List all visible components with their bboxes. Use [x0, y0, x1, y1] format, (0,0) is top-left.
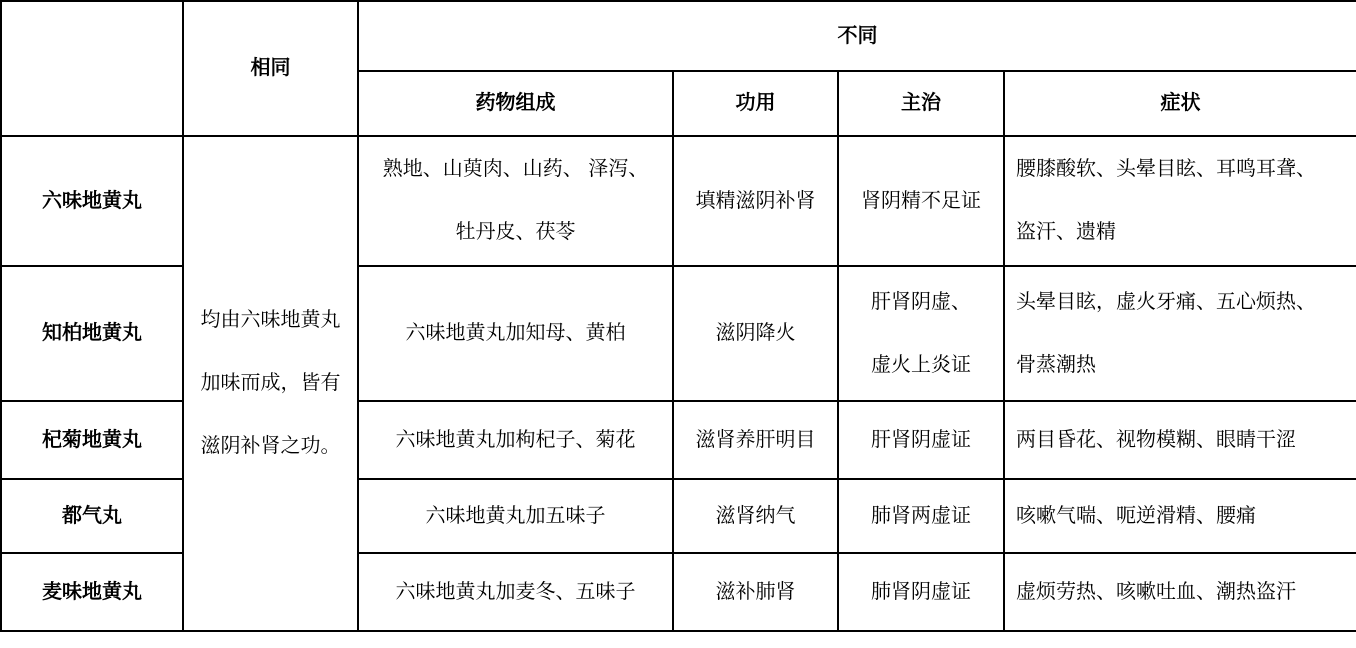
- diff-header-cell: 不同: [358, 1, 1356, 71]
- row-name-cell: 六味地黄丸: [1, 136, 183, 266]
- composition-cell: 六味地黄丸加知母、黄柏: [358, 266, 673, 401]
- table-row-liuwei: 六味地黄丸 均由六味地黄丸 加味而成，皆有 滋阴补肾之功。 熟地、山萸肉、山药、…: [1, 136, 1356, 266]
- composition-cell: 熟地、山萸肉、山药、 泽泻、 牡丹皮、茯苓: [358, 136, 673, 266]
- composition-cell: 六味地黄丸加五味子: [358, 479, 673, 553]
- comparison-table: 相同 不同 药物组成 功用 主治 症状 六味地黄丸 均由六味地黄丸 加味而成，皆…: [0, 0, 1356, 632]
- page: 相同 不同 药物组成 功用 主治 症状 六味地黄丸 均由六味地黄丸 加味而成，皆…: [0, 0, 1356, 648]
- header-row-top: 相同 不同: [1, 1, 1356, 71]
- row-name-cell: 都气丸: [1, 479, 183, 553]
- row-name-cell: 杞菊地黄丸: [1, 401, 183, 479]
- indication-cell: 肺肾两虚证: [838, 479, 1004, 553]
- indication-cell: 肺肾阴虚证: [838, 553, 1004, 631]
- indication-cell: 肝肾阴虚证: [838, 401, 1004, 479]
- subheader-composition: 药物组成: [358, 71, 673, 136]
- symptoms-cell: 虚烦劳热、咳嗽吐血、潮热盗汗: [1004, 553, 1356, 631]
- symptoms-cell: 咳嗽气喘、呃逆滑精、腰痛: [1004, 479, 1356, 553]
- function-cell: 滋补肺肾: [673, 553, 838, 631]
- same-header-cell: 相同: [183, 1, 358, 136]
- same-text-cell: 均由六味地黄丸 加味而成，皆有 滋阴补肾之功。: [183, 136, 358, 631]
- symptoms-cell: 腰膝酸软、头晕目眩、耳鸣耳聋、 盗汗、遗精: [1004, 136, 1356, 266]
- row-name-cell: 知柏地黄丸: [1, 266, 183, 401]
- function-cell: 滋肾纳气: [673, 479, 838, 553]
- row-name-cell: 麦味地黄丸: [1, 553, 183, 631]
- composition-cell: 六味地黄丸加麦冬、五味子: [358, 553, 673, 631]
- subheader-indication: 主治: [838, 71, 1004, 136]
- composition-cell: 六味地黄丸加枸杞子、菊花: [358, 401, 673, 479]
- function-cell: 滋阴降火: [673, 266, 838, 401]
- indication-cell: 肾阴精不足证: [838, 136, 1004, 266]
- symptoms-cell: 头晕目眩，虚火牙痛、五心烦热、 骨蒸潮热: [1004, 266, 1356, 401]
- indication-cell: 肝肾阴虚、 虚火上炎证: [838, 266, 1004, 401]
- symptoms-cell: 两目昏花、视物模糊、眼睛干涩: [1004, 401, 1356, 479]
- subheader-function: 功用: [673, 71, 838, 136]
- function-cell: 滋肾养肝明目: [673, 401, 838, 479]
- corner-cell: [1, 1, 183, 136]
- subheader-symptoms: 症状: [1004, 71, 1356, 136]
- function-cell: 填精滋阴补肾: [673, 136, 838, 266]
